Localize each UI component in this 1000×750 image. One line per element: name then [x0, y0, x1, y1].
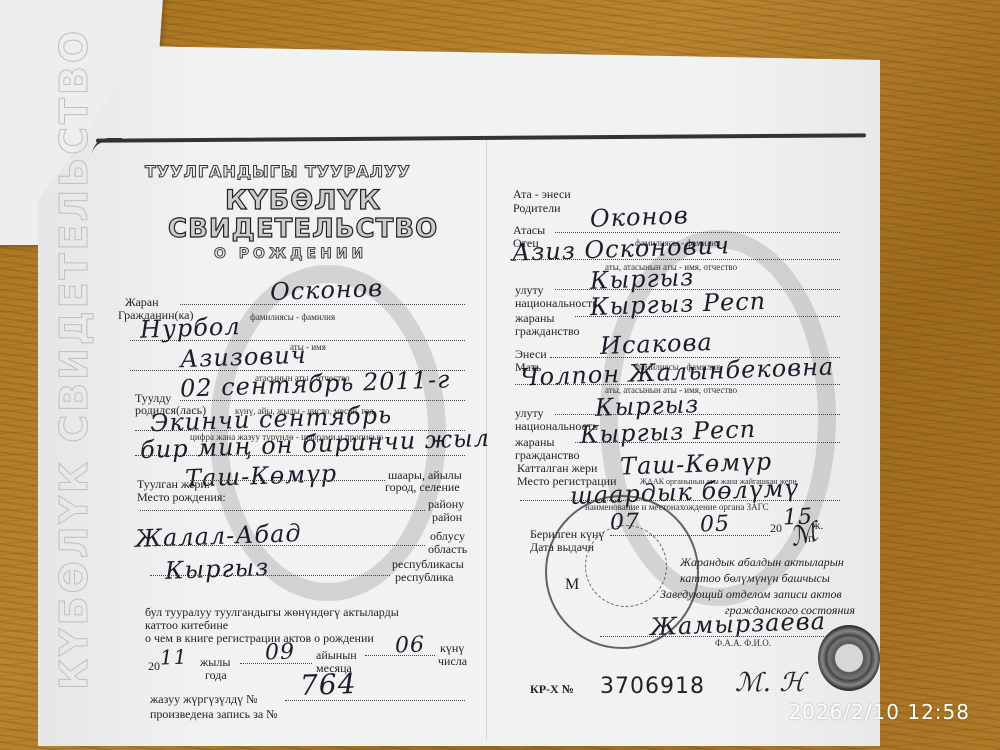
month-value: 09 [265, 639, 296, 665]
title-line-3: СВИДЕТЕЛЬСТВО [168, 214, 438, 244]
head-title-ky-1: Жарандык абалдын актыларын [680, 556, 844, 569]
bottom-signature: ℳ. ℋ [735, 668, 805, 698]
stamp-emblem [585, 525, 667, 607]
year-prefix: 20 [148, 660, 160, 673]
record-no-label-ru: произведена запись за № [150, 708, 278, 721]
serial-number: 3706918 [600, 674, 705, 699]
record-text-ru: о чем в книге регистрации актов о рожден… [145, 632, 374, 645]
title-line-1: ТУУЛГАНДЫГЫ ТУУРАЛУУ [145, 162, 411, 181]
record-no-value: 764 [299, 667, 357, 702]
surname-value: Осконов [270, 274, 384, 306]
day-caption-ru: числа [438, 655, 467, 668]
side-watermark: КҮБӨЛҮК СВИДЕТЕЛЬСТВО [52, 28, 96, 690]
region-value: Жалал-Абад [135, 519, 302, 553]
patronymic-value: Азизович [180, 341, 308, 373]
issue-month: 05 [700, 511, 731, 537]
parents-label-ky: Ата - энеси [513, 188, 571, 201]
father-citizenship-label-ru: гражданство [515, 325, 580, 338]
year-caption-ru: года [205, 669, 227, 682]
republic-caption-ru: республика [395, 571, 453, 584]
city-caption-ru: город, селение [385, 481, 460, 494]
father-surname: Оконов [590, 201, 690, 232]
head-title-ru-1: Заведующий отделом записи актов [660, 588, 842, 601]
fio-caption: Ф.А.А. Ф.И.О. [715, 638, 771, 648]
title-line-4: О РОЖДЕНИИ [214, 246, 367, 262]
record-no-label-ky: жазуу жүргүзүлдү № [150, 693, 258, 706]
parents-label-ru: Родители [513, 202, 561, 215]
stamp-letter: М [565, 578, 579, 591]
father-nationality-label-ru: национальность [515, 297, 598, 310]
region-caption-ru: область [428, 543, 467, 556]
birthplace-label-ru: Место рождения: [137, 491, 226, 504]
name-value: Нурбол [140, 312, 242, 343]
mother-surname: Исакова [600, 328, 714, 360]
issue-year-prefix: 20 [770, 522, 782, 535]
photo-timestamp: 2026/2/10 12:58 [788, 700, 970, 724]
republic-value: Кыргыз [165, 553, 270, 585]
title-line-2: КҮБӨЛҮК [225, 185, 381, 216]
head-title-ky-2: каттоо бөлүмүнүн башчысы [680, 572, 830, 585]
day-value: 06 [395, 632, 426, 658]
serial-label: КР-Х № [530, 682, 574, 697]
emblem-seal [818, 625, 880, 691]
year-value: 11 [160, 645, 188, 670]
surname-caption: фамилиясы - фамилия [250, 312, 335, 322]
district-caption-ru: район [432, 511, 462, 524]
